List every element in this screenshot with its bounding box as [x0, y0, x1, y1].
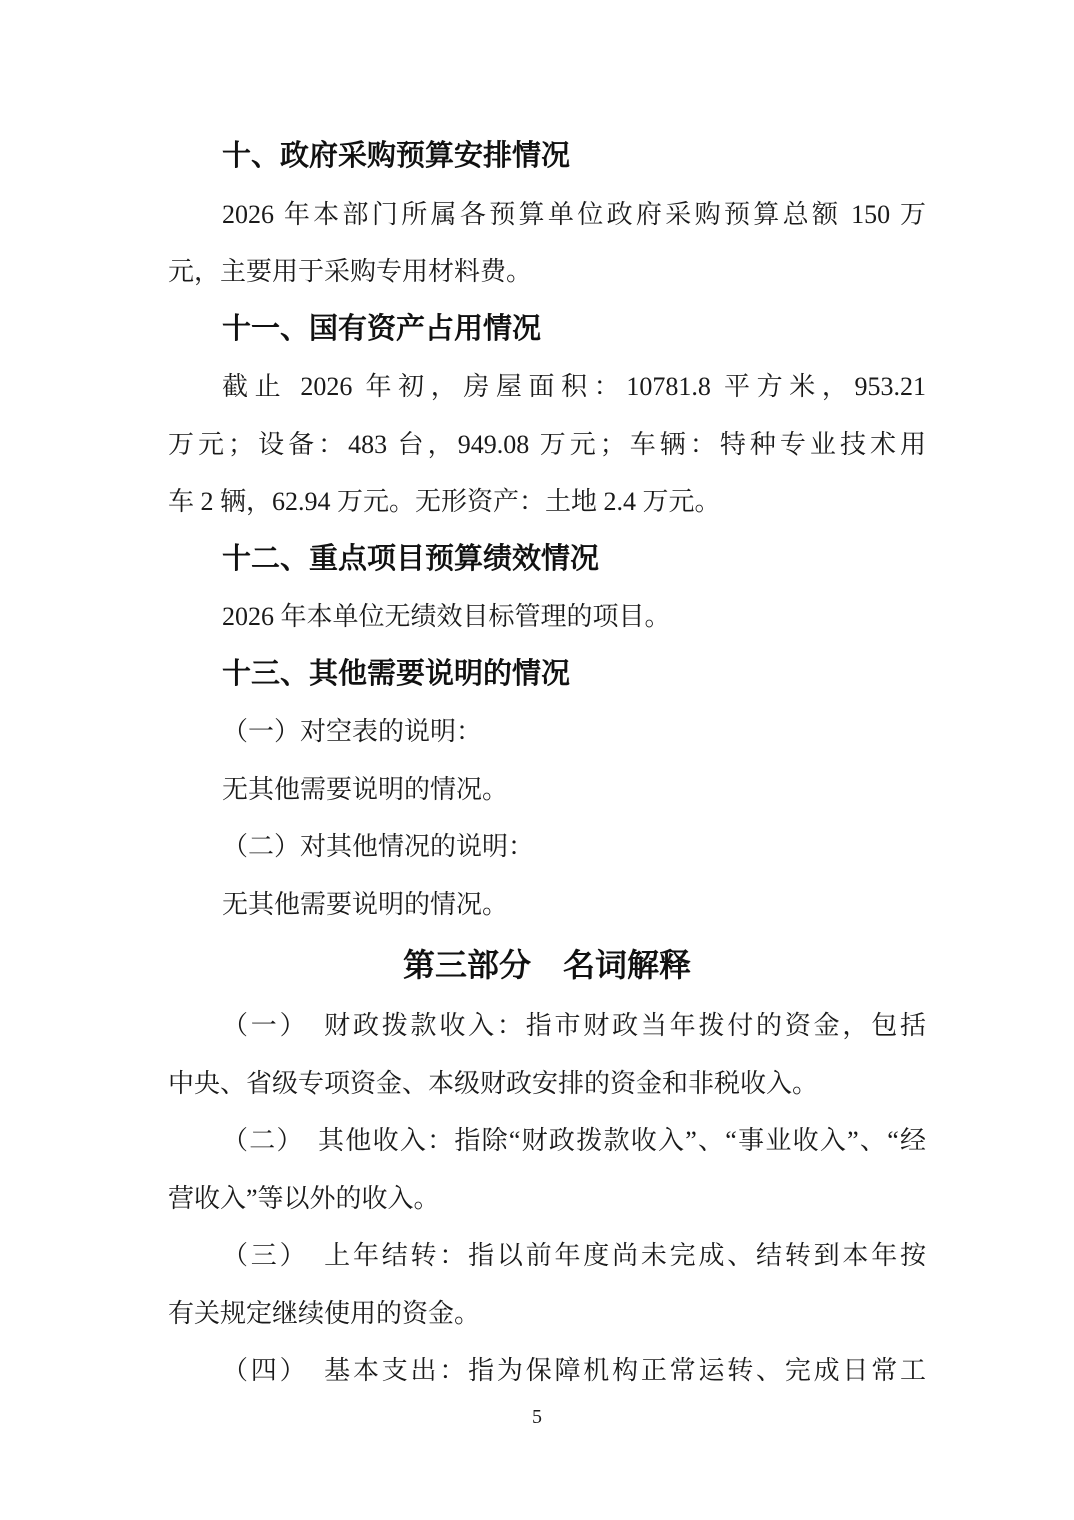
document-page: 十、政府采购预算安排情况 2026 年本部门所属各预算单位政府采购预算总额 15…: [0, 0, 1074, 1520]
paragraph-line: 无其他需要说明的情况。: [168, 876, 926, 934]
document-body: 十、政府采购预算安排情况 2026 年本部门所属各预算单位政府采购预算总额 15…: [168, 128, 926, 1400]
section-11-heading: 十一、国有资产占用情况: [168, 301, 926, 359]
definition-line: （一） 财政拨款收入：指市财政当年拨付的资金，包括: [168, 997, 926, 1055]
section-13-heading: 十三、其他需要说明的情况: [168, 646, 926, 704]
definition-line: 营收入”等以外的收入。: [168, 1170, 926, 1228]
paragraph-line: 2026 年本单位无绩效目标管理的项目。: [168, 588, 926, 646]
definition-line: 有关规定继续使用的资金。: [168, 1285, 926, 1343]
section-10-heading: 十、政府采购预算安排情况: [168, 128, 926, 186]
part3-heading: 第三部分 名词解释: [168, 933, 926, 997]
definition-line: （四） 基本支出：指为保障机构正常运转、完成日常工: [168, 1342, 926, 1400]
paragraph-line: 截止 2026 年初，房屋面积：10781.8 平方米，953.21: [168, 358, 926, 416]
definition-line: 中央、省级专项资金、本级财政安排的资金和非税收入。: [168, 1055, 926, 1113]
definition-line: （二） 其他收入：指除“财政拨款收入”、“事业收入”、“经: [168, 1112, 926, 1170]
paragraph-line: 无其他需要说明的情况。: [168, 761, 926, 819]
paragraph-line: （二）对其他情况的说明：: [168, 818, 926, 876]
paragraph-line: 车 2 辆，62.94 万元。无形资产：土地 2.4 万元。: [168, 473, 926, 531]
section-12-heading: 十二、重点项目预算绩效情况: [168, 531, 926, 589]
paragraph-line: 元，主要用于采购专用材料费。: [168, 243, 926, 301]
paragraph-line: 万元；设备：483 台，949.08 万元；车辆：特种专业技术用: [168, 416, 926, 474]
paragraph-line: （一）对空表的说明：: [168, 703, 926, 761]
paragraph-line: 2026 年本部门所属各预算单位政府采购预算总额 150 万: [168, 186, 926, 244]
page-number: 5: [0, 1402, 1074, 1432]
definition-line: （三） 上年结转：指以前年度尚未完成、结转到本年按: [168, 1227, 926, 1285]
